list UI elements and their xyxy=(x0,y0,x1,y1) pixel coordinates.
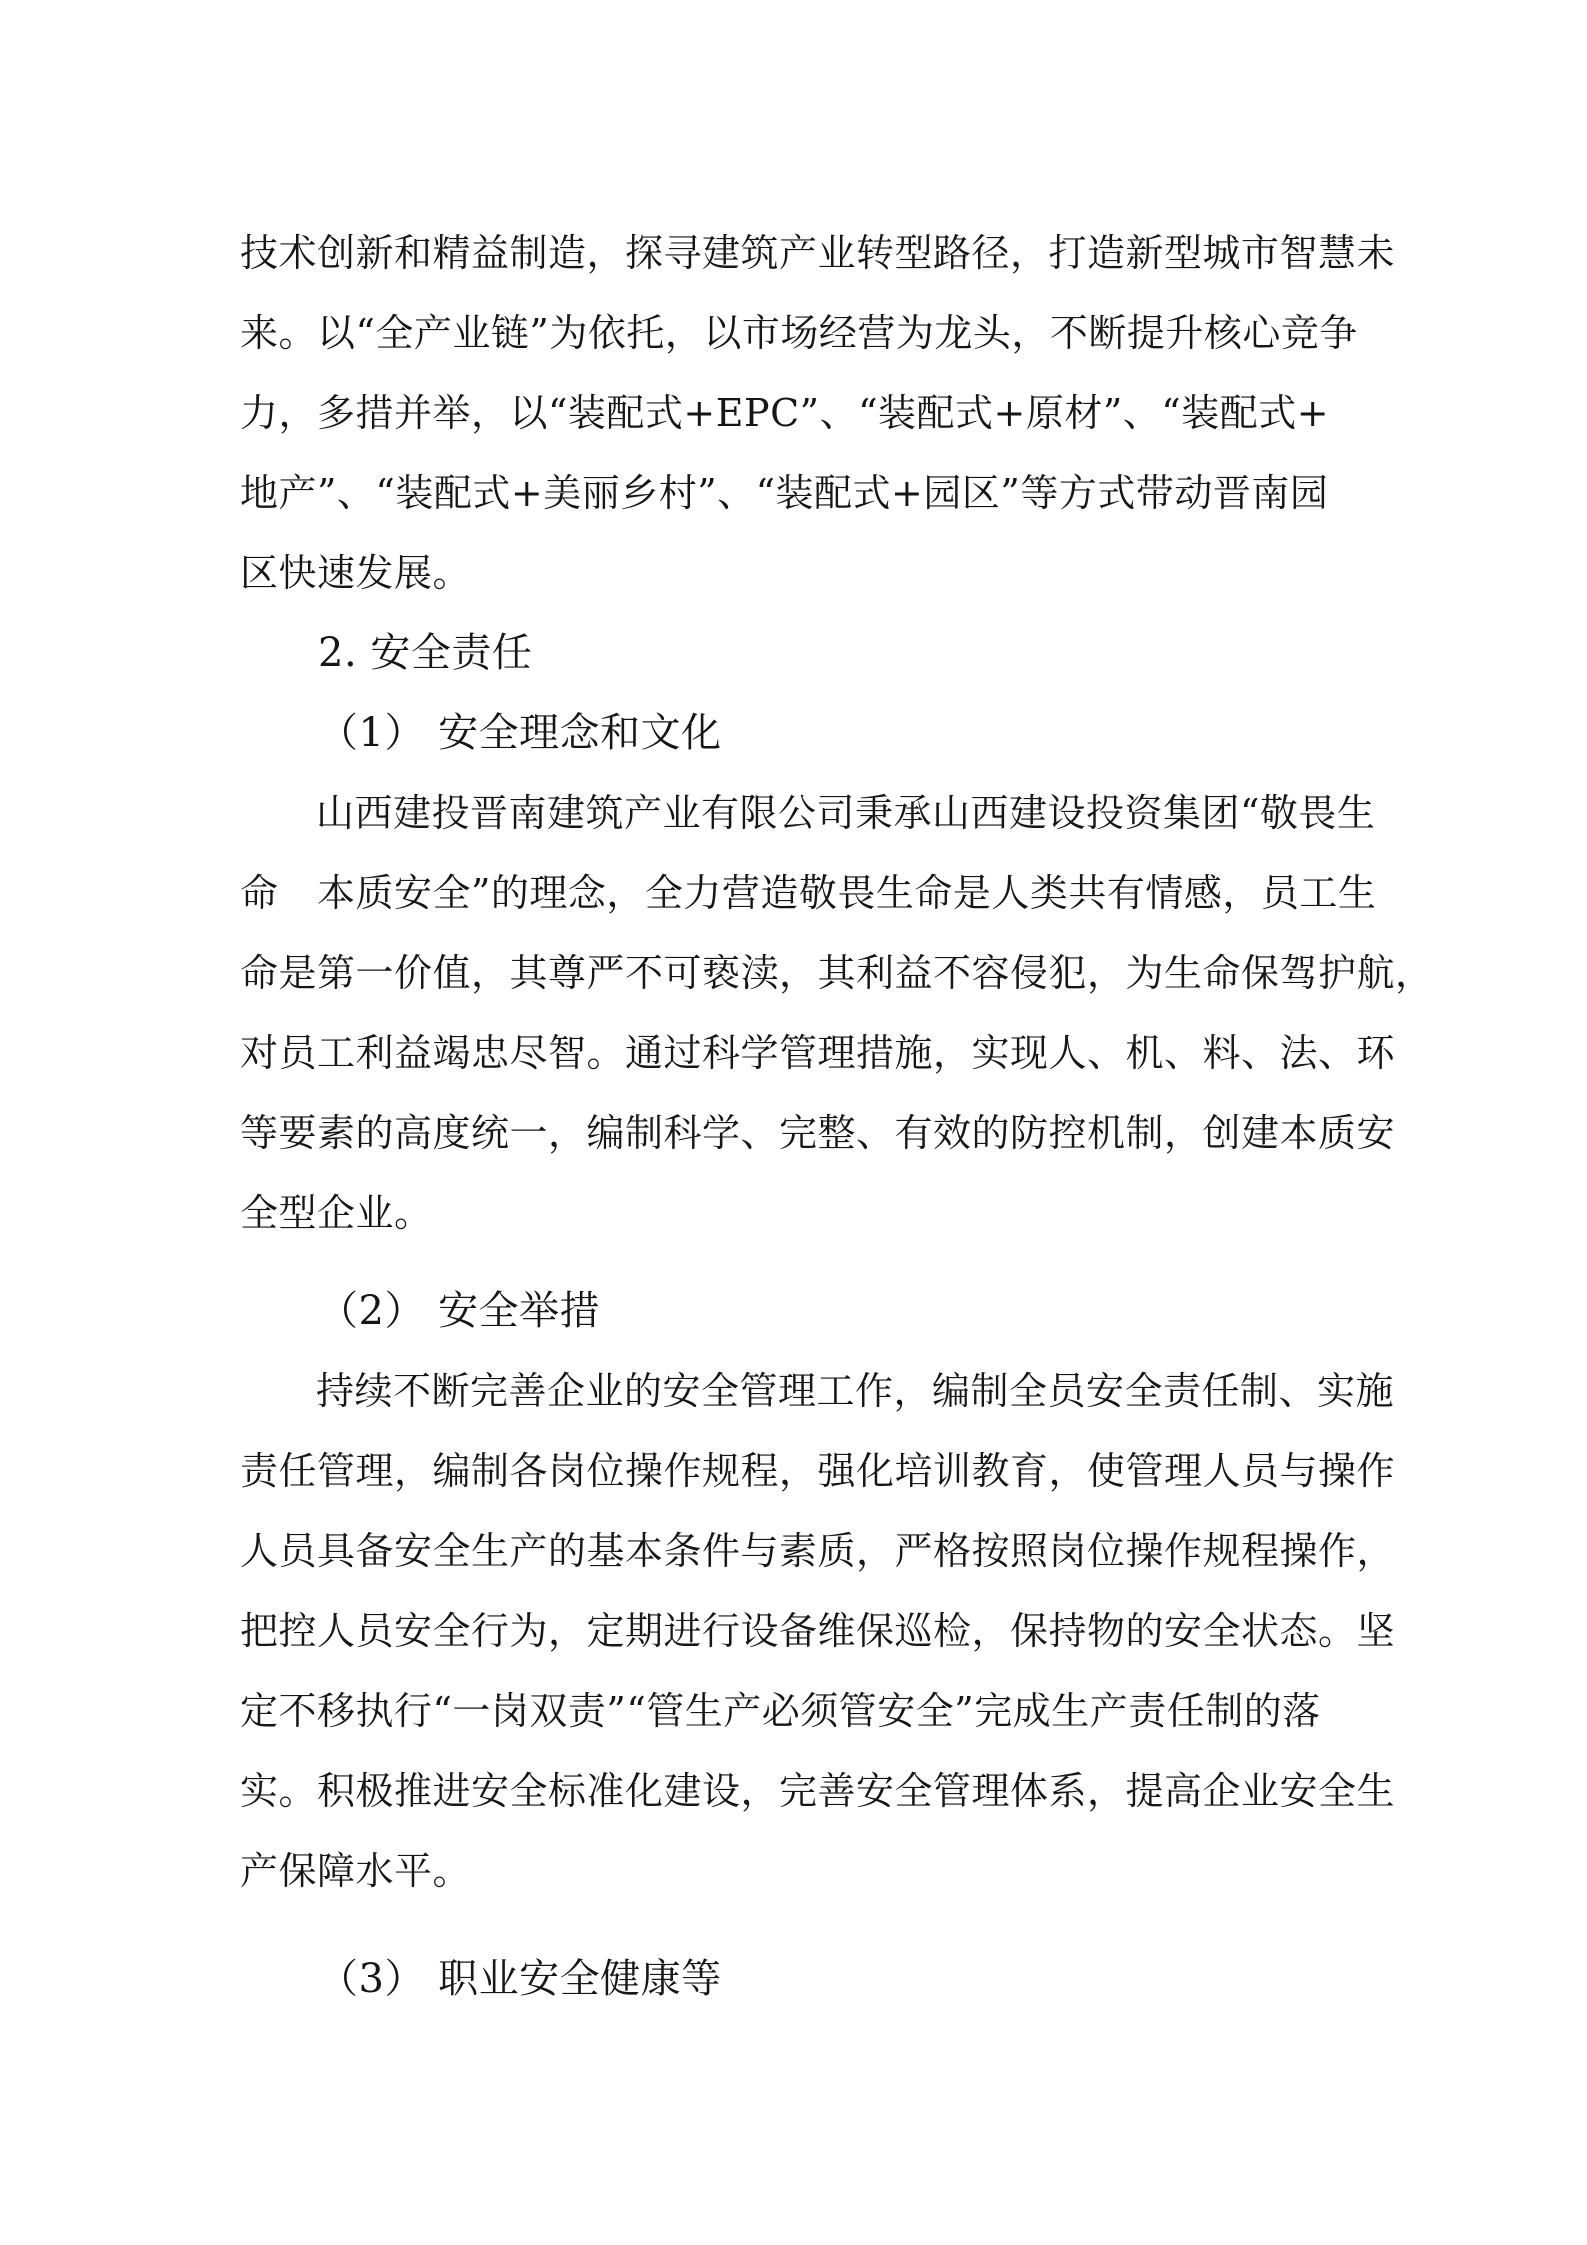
text-line: 责任管理，编制各岗位操作规程，强化培训教育，使管理人员与操作 xyxy=(240,1431,1360,1511)
section-heading: （1） 安全理念和文化 xyxy=(240,693,1360,773)
text-line: 区快速发展。 xyxy=(240,533,1360,613)
text-line: 持续不断完善企业的安全管理工作，编制全员安全责任制、实施 xyxy=(240,1351,1360,1431)
text-line: 全型企业。 xyxy=(240,1173,1360,1253)
text-line: 山西建投晋南建筑产业有限公司秉承山西建设投资集团“敬畏生 xyxy=(240,773,1360,853)
document-content: 技术创新和精益制造，探寻建筑产业转型路径，打造新型城市智慧未来。以“全产业链”为… xyxy=(240,213,1360,2019)
text-line: 实。积极推进安全标准化建设，完善安全管理体系，提高企业安全生 xyxy=(240,1751,1360,1831)
text-line: 技术创新和精益制造，探寻建筑产业转型路径，打造新型城市智慧未 xyxy=(240,213,1360,293)
section-heading: （2） 安全举措 xyxy=(240,1271,1360,1351)
text-line: 对员工利益竭忠尽智。通过科学管理措施，实现人、机、料、法、环 xyxy=(240,1013,1360,1093)
text-line: 定不移执行“一岗双责”“管生产必须管安全”完成生产责任制的落 xyxy=(240,1671,1360,1751)
text-line: 来。以“全产业链”为依托，以市场经营为龙头，不断提升核心竞争 xyxy=(240,293,1360,373)
text-line: 把控人员安全行为，定期进行设备维保巡检，保持物的安全状态。坚 xyxy=(240,1591,1360,1671)
text-line: 命 本质安全”的理念，全力营造敬畏生命是人类共有情感，员工生 xyxy=(240,853,1360,933)
document-page: 技术创新和精益制造，探寻建筑产业转型路径，打造新型城市智慧未来。以“全产业链”为… xyxy=(0,0,1587,2245)
section-heading: （3） 职业安全健康等 xyxy=(240,1939,1360,2019)
text-line: 地产”、“装配式+美丽乡村”、“装配式+园区”等方式带动晋南园 xyxy=(240,453,1360,533)
text-line: 命是第一价值，其尊严不可亵渎，其利益不容侵犯，为生命保驾护航， xyxy=(240,933,1360,1013)
text-line: 等要素的高度统一，编制科学、完整、有效的防控机制，创建本质安 xyxy=(240,1093,1360,1173)
text-line: 力，多措并举，以“装配式+EPC”、“装配式+原材”、“装配式+ xyxy=(240,373,1360,453)
section-heading: 2. 安全责任 xyxy=(240,613,1360,693)
text-line: 产保障水平。 xyxy=(240,1831,1360,1911)
text-line: 人员具备安全生产的基本条件与素质，严格按照岗位操作规程操作， xyxy=(240,1511,1360,1591)
